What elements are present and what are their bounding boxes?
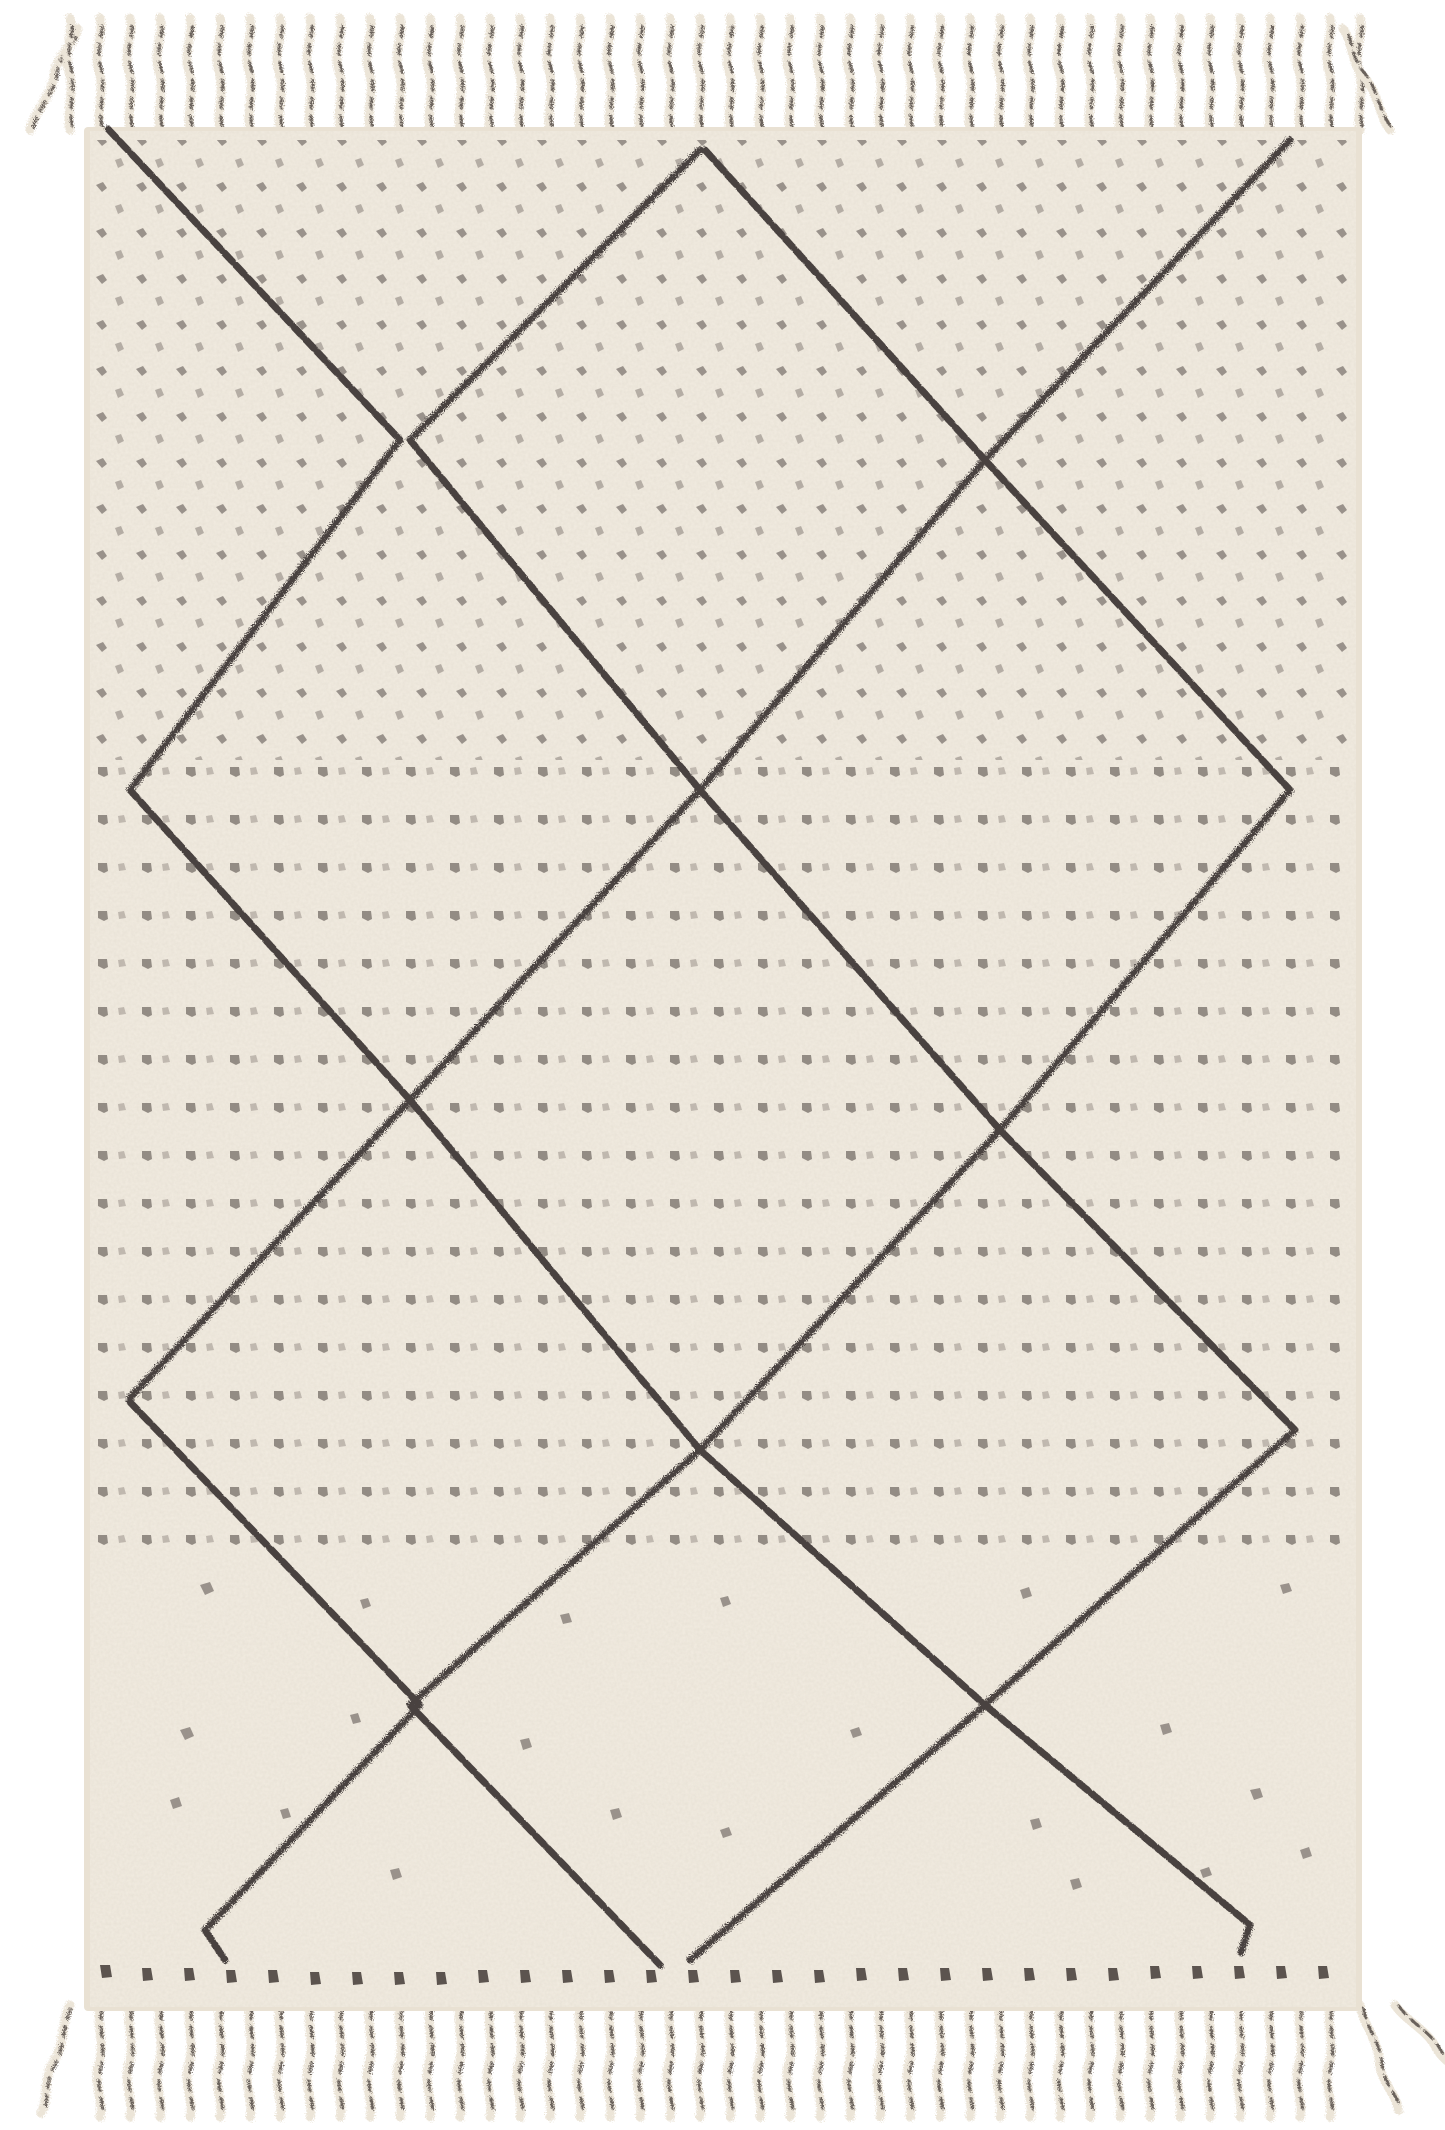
middle-dash-rows: [95, 760, 1350, 1580]
upper-dot-field: [95, 140, 1350, 760]
rug-body: [84, 127, 1362, 2011]
rug-photo: [0, 0, 1445, 2130]
